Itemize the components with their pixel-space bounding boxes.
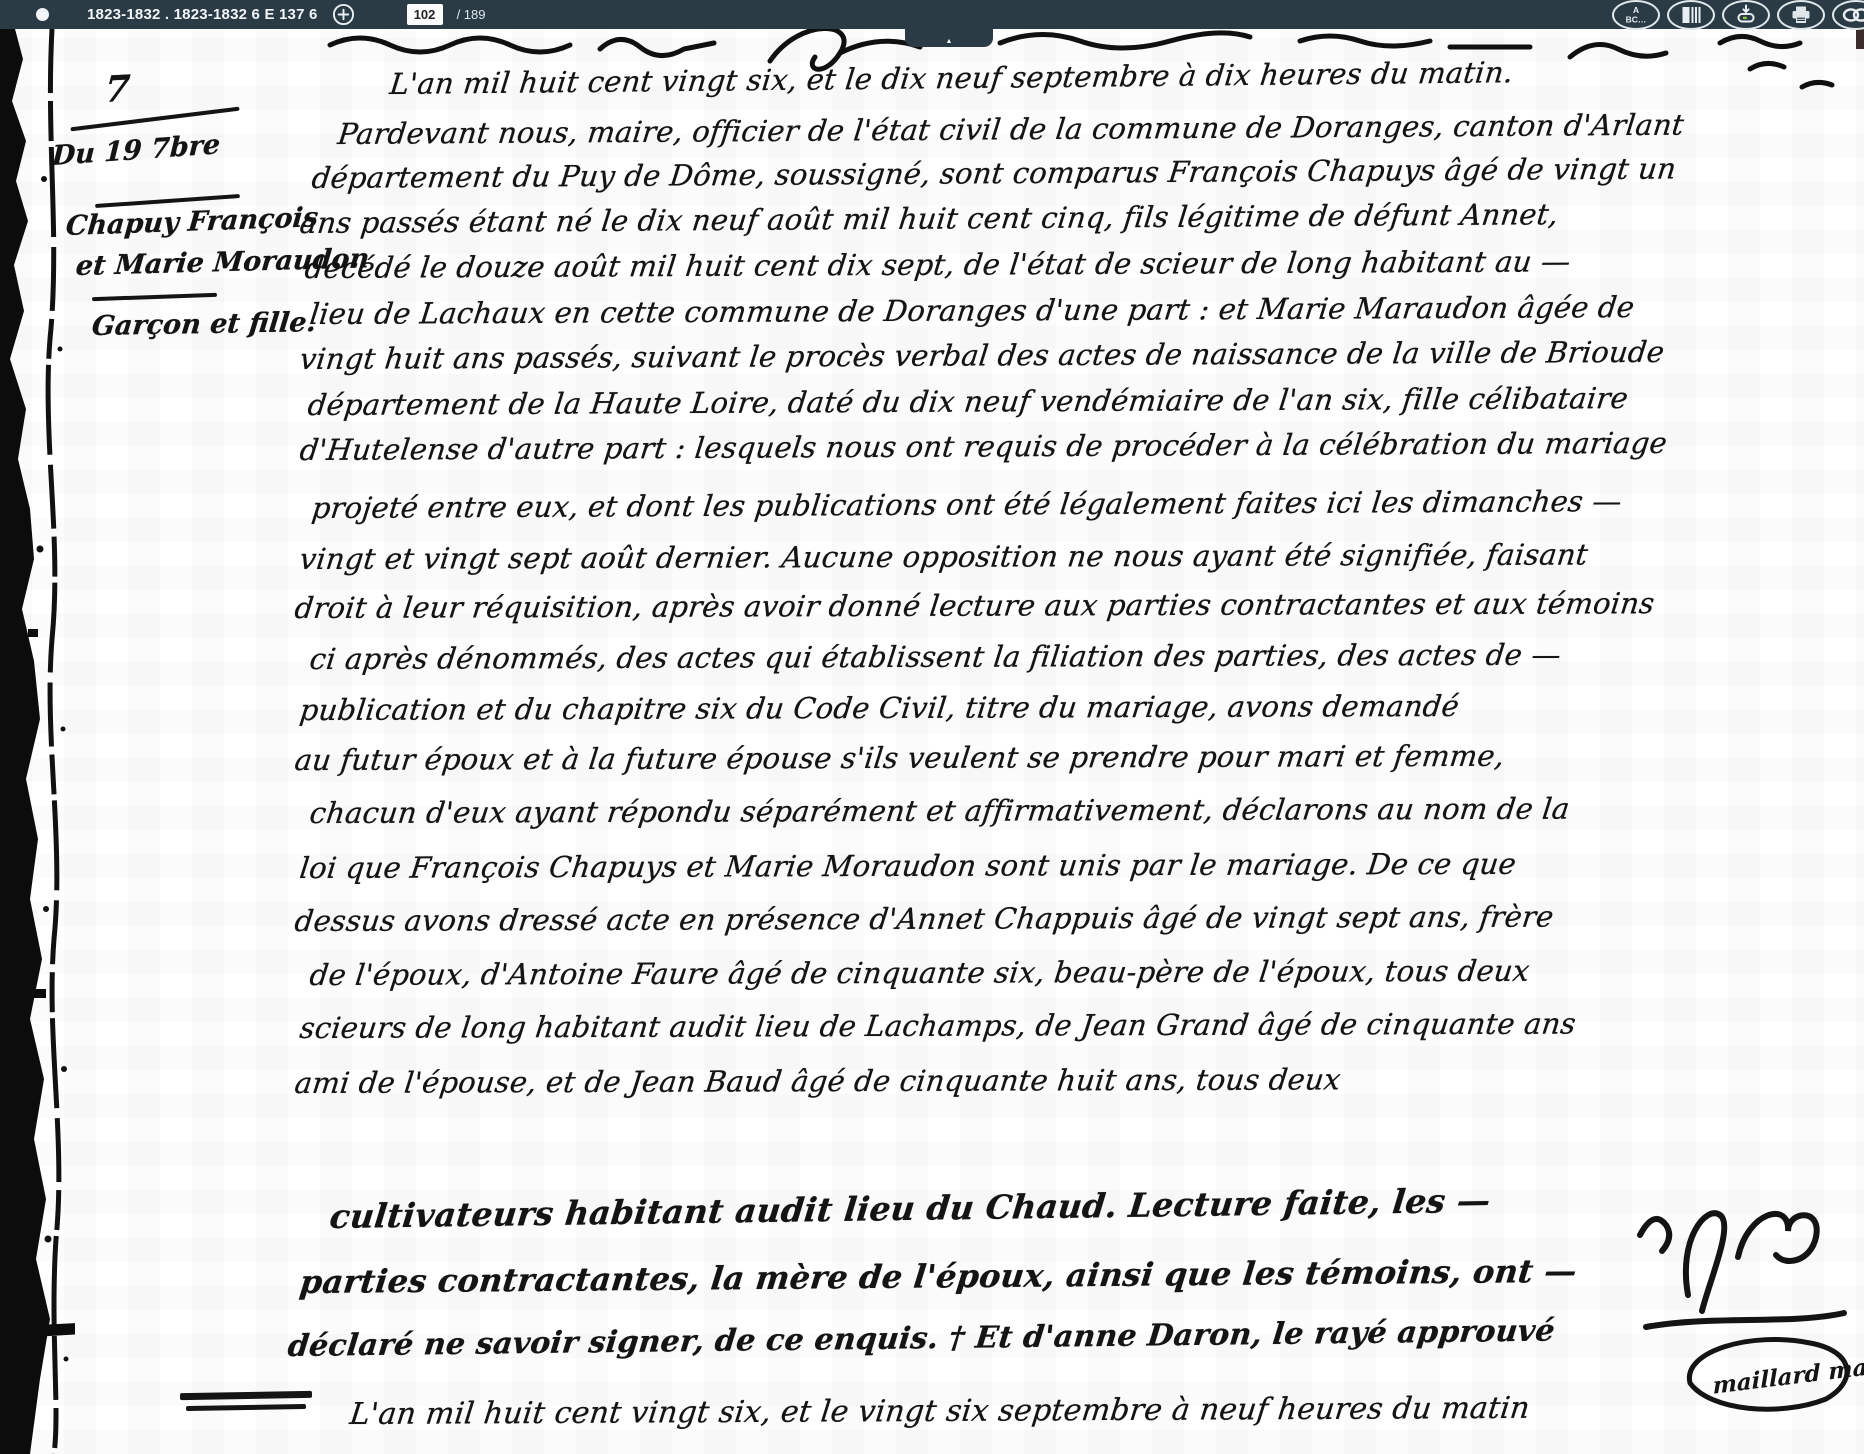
handwritten-line: cultivateurs habitant audit lieu du Chau… (328, 1181, 1493, 1236)
mayor-signature: maillard maire (1712, 1349, 1864, 1399)
page-spread-icon (1679, 3, 1703, 27)
printer-icon (1789, 3, 1813, 27)
print-button[interactable] (1777, 0, 1825, 30)
margin-act-number: 7 (104, 68, 132, 112)
handwritten-line: publication et du chapitre six du Code C… (298, 689, 1461, 727)
margin-groom-name: Chapuy François (65, 202, 320, 242)
page-spread-button[interactable] (1667, 0, 1715, 30)
status-dot-icon[interactable] (36, 8, 49, 21)
handwritten-line: projeté entre eux, et dont les publicati… (310, 484, 1624, 525)
archive-viewer: 1823-1832 . 1823-1832 6 E 137 6 / 189 A … (0, 0, 1864, 1454)
zoom-in-button[interactable] (332, 3, 355, 26)
svg-text:BC…: BC… (1626, 14, 1647, 24)
scan-canvas[interactable]: 7 Du 19 7bre Chapuy François et Marie Mo… (0, 29, 1864, 1454)
toolbar-actions: A BC… (1612, 0, 1864, 30)
handwritten-line: parties contractantes, la mère de l'épou… (298, 1252, 1579, 1301)
scan-edge-artifact (1856, 29, 1864, 49)
handwritten-line: droit à leur réquisition, après avoir do… (293, 586, 1656, 625)
scan-binding-edge (0, 29, 75, 1454)
handwritten-line: lieu de Lachaux en cette commune de Dora… (308, 290, 1636, 331)
page-total-label: / 189 (457, 7, 486, 22)
handwritten-line: ami de l'épouse, et de Jean Baud âgé de … (293, 1062, 1343, 1100)
ink-flourish (92, 293, 217, 301)
link-icon (1841, 5, 1864, 25)
abc-icon: A BC… (1620, 4, 1652, 26)
download-icon (1734, 3, 1758, 27)
abc-text-button[interactable]: A BC… (1612, 0, 1660, 30)
chevron-up-icon: ▲ (946, 37, 953, 47)
ink-flourish (70, 107, 239, 132)
handwritten-line: chacun d'eux ayant répondu séparément et… (308, 792, 1572, 830)
handwritten-line: dessus avons dressé acte en présence d'A… (293, 900, 1556, 938)
download-button[interactable] (1722, 0, 1770, 30)
handwritten-line: département de la Haute Loire, daté du d… (306, 381, 1630, 422)
mayor-paraph-scribble (1630, 1195, 1864, 1450)
handwritten-line: ans passés étant né le dix neuf août mil… (298, 197, 1560, 240)
handwritten-line: décédé le douze août mil huit cent dix s… (303, 244, 1572, 285)
handwritten-line: vingt huit ans passés, suivant le procès… (298, 335, 1666, 376)
handwritten-line: d'Hutelense d'autre part : lesquels nous… (298, 426, 1669, 467)
handwritten-line: vingt et vingt sept août dernier. Aucune… (298, 537, 1590, 576)
handwritten-line: déclaré ne savoir signer, de ce enquis. … (286, 1313, 1557, 1364)
plus-circle-icon (332, 3, 355, 26)
link-button[interactable] (1832, 0, 1864, 30)
handwritten-line: ci après dénommés, des actes qui établis… (308, 638, 1563, 676)
toolbar-collapse-tab[interactable]: ▲ (905, 29, 993, 47)
margin-date: Du 19 7bre (51, 129, 221, 172)
handwritten-line: loi que François Chapuys et Marie Moraud… (298, 847, 1518, 885)
handwritten-line: au futur époux et à la future épouse s'i… (293, 739, 1506, 777)
handwritten-line: de l'époux, d'Antoine Faure âgé de cinqu… (308, 954, 1532, 992)
handwritten-line: L'an mil huit cent vingt six, et le ving… (348, 1391, 1532, 1432)
handwritten-line: scieurs de long habitant audit lieu de L… (298, 1007, 1578, 1045)
handwritten-line: L'an mil huit cent vingt six, et le dix … (388, 55, 1515, 101)
handwritten-line: département du Puy de Dôme, soussigné, s… (310, 151, 1678, 195)
document-title: 1823-1832 . 1823-1832 6 E 137 6 (87, 6, 318, 23)
page-number-input[interactable] (407, 4, 443, 25)
handwritten-line: Pardevant nous, maire, officier de l'éta… (336, 108, 1686, 151)
toolbar: 1823-1832 . 1823-1832 6 E 137 6 / 189 A … (0, 0, 1864, 29)
ink-flourish (186, 1404, 306, 1411)
ink-flourish (180, 1391, 312, 1400)
margin-status: Garçon et fille. (90, 307, 317, 342)
